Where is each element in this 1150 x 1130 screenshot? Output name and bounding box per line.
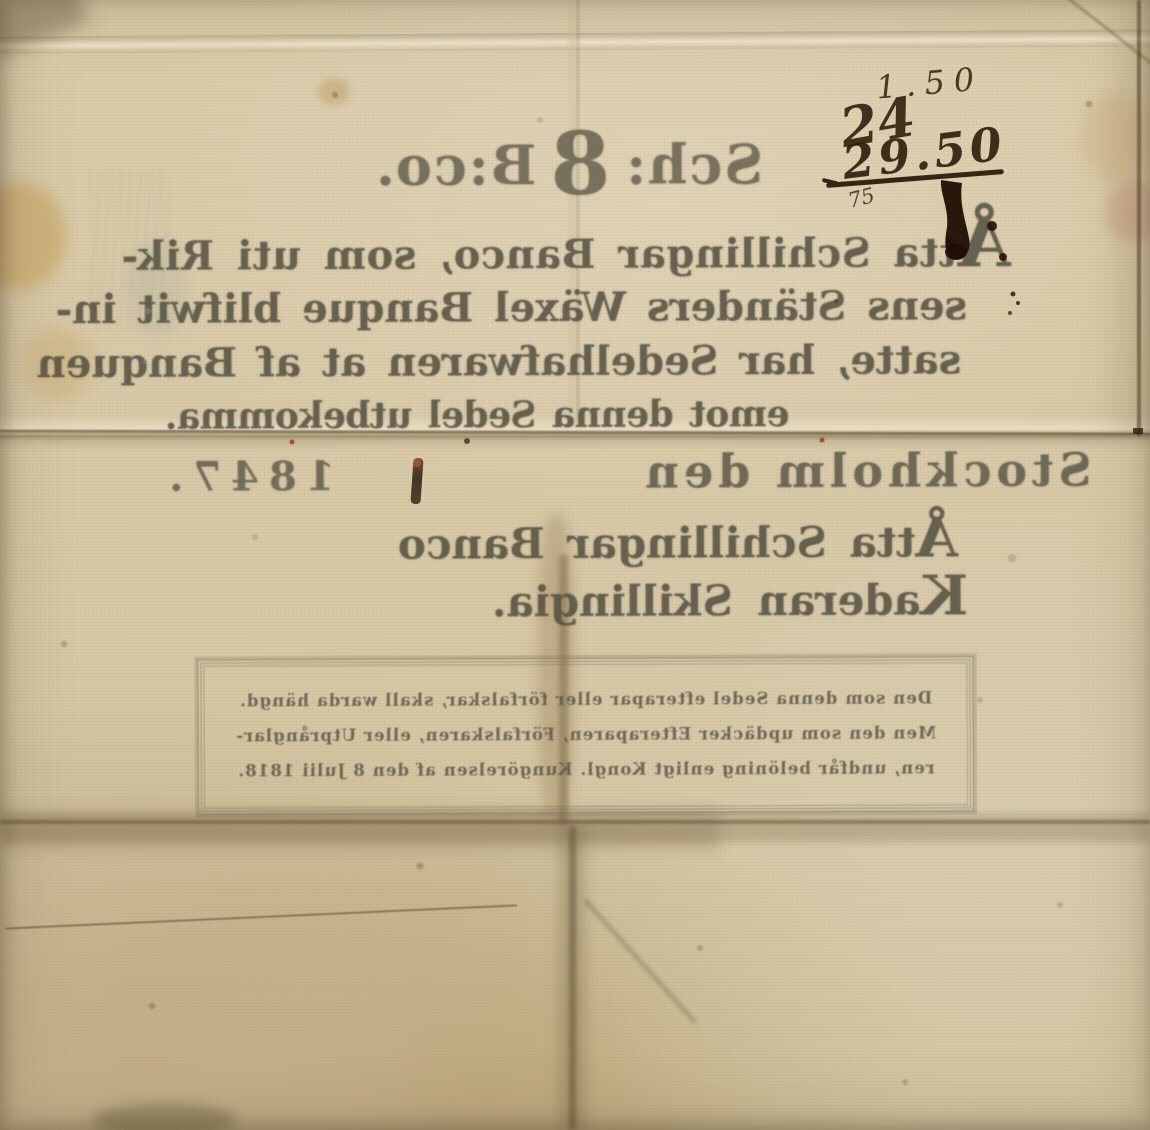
right-edge-dark-line [1137, 0, 1141, 436]
grey-streaks-left [90, 170, 170, 330]
banknote-scan: Sch: 8 B:co. Åtta Schillingar Banco, som… [0, 0, 1150, 1130]
vertical-fold-stain [538, 515, 574, 825]
paragraph-line-2: sens Ständers Wäxel Banque blifwit in- [55, 282, 966, 333]
handwritten-sum-line [826, 169, 1004, 188]
right-edge-shading [1096, 0, 1150, 432]
denomination-line-1: Åtta Schillingar Banco [398, 516, 958, 568]
handwritten-amount-2: 24 [835, 84, 920, 160]
paragraph-line-3: satte, har Sedelhafwaren at af Banquen [37, 336, 962, 387]
vertical-fold-stain-core [559, 555, 568, 825]
warning-box-border-2: Den som denna Sedel efterapar eller förf… [200, 659, 971, 811]
vertical-fold-upper [569, 0, 576, 424]
lower-fold-line [0, 820, 1150, 824]
ink-mark-dateline [410, 458, 423, 505]
small-stain-top [318, 78, 350, 105]
paragraph-line-1: Åtta Schillingar Banco, som uti Rik- [121, 216, 1011, 280]
warning-box-inner: Den som denna Sedel efterapar eller förf… [203, 662, 968, 808]
warning-line-3: ren, undfår belöning enligt Kongl. Kungö… [237, 751, 934, 789]
yellow-stain-left [0, 182, 66, 290]
warning-line-1: Den som denna Sedel efterapar eller förf… [239, 681, 932, 719]
vertical-fold-lower-core [569, 826, 576, 1130]
dateline-place: Stockholm den [640, 443, 1091, 499]
fold-branch-crease [584, 899, 697, 1024]
header-left-text: Sch: [624, 132, 763, 197]
yellow-stain-left-2 [22, 328, 94, 400]
bottom-left-grime-blob [92, 1104, 237, 1130]
header-numeral: 8 [550, 122, 610, 208]
header-right-text: B:co. [374, 133, 537, 198]
paper-crack-line [5, 904, 517, 929]
handwritten-sub-note: 75 [845, 183, 877, 213]
handwritten-amount-1: 1.50 [875, 59, 985, 106]
vertical-fold-upper-shadow [577, 0, 579, 424]
dateline-year: 1847. [159, 453, 334, 501]
handwritten-total: 29.50 [839, 116, 1008, 190]
forgery-warning-box: Den som denna Sedel efterapar eller förf… [197, 656, 974, 814]
warning-line-2: Men den som updäcker Efteraparen, Förfal… [235, 716, 936, 754]
lower-fold-grime-left [0, 810, 720, 850]
